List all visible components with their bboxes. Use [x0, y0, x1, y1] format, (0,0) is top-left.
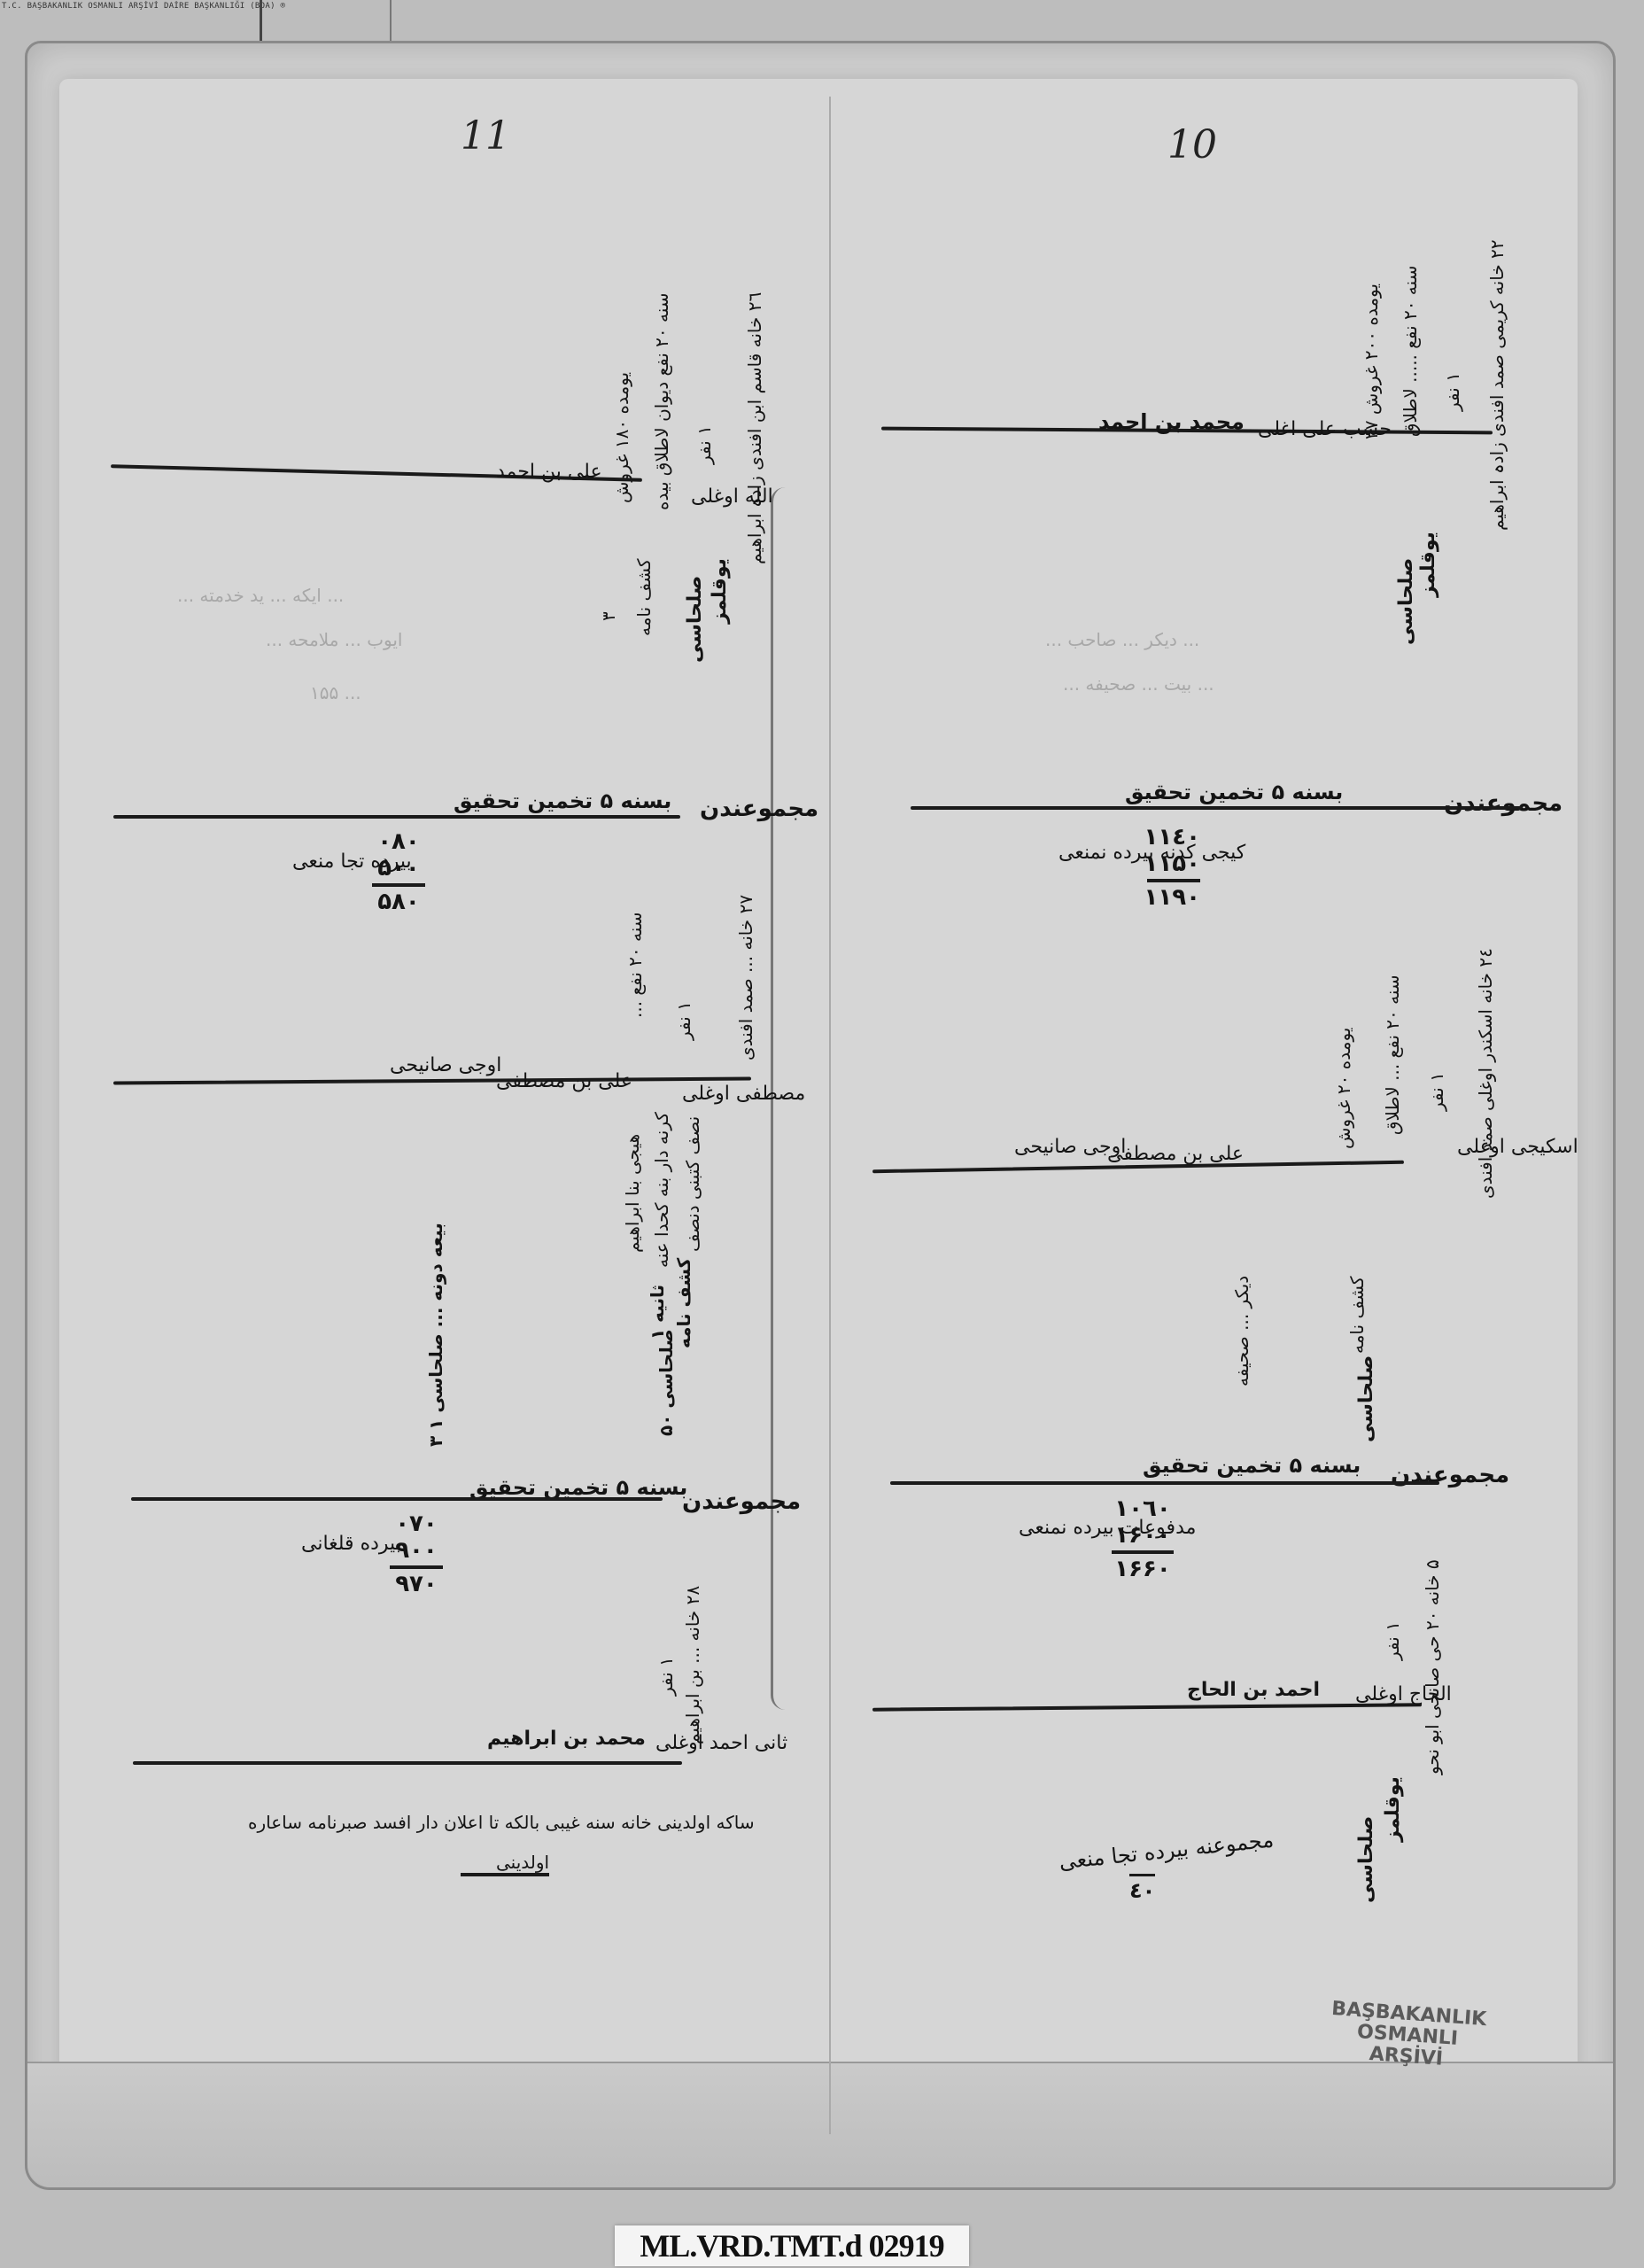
entry-divider — [911, 806, 1522, 810]
bleed-through-text: ... ديكر ... صاحب ... — [1045, 629, 1199, 650]
entry-divider — [890, 1481, 1439, 1485]
entry-footer-right: مصطفى اوغلى — [682, 1083, 805, 1105]
entry-footer-mid: اوجى صانيحى — [390, 1054, 501, 1076]
closing-value: ٤٠ — [1129, 1874, 1155, 1903]
entry-line: سنه ۲۰ نفع ... — [624, 913, 646, 1072]
closing-note-line-2: اولدينى — [461, 1852, 549, 1876]
bleed-through-text: ... بيت ... صحيفه ... — [1063, 673, 1214, 695]
entry-line: كشف نامه — [673, 1258, 694, 1329]
bleed-through-text: ايوب ... ملامحه ... — [266, 629, 403, 650]
closing-note-line-1: ساكه اولدينى خانه سنه غيبى بالكه تا اعلا… — [248, 1812, 755, 1833]
total-heading-detail: بسنه ۵ تخمين تحقيق — [469, 1475, 687, 1500]
entry-divider — [133, 1761, 682, 1765]
total-heading-detail: بسنه ۵ تخمين تحقيق — [1125, 780, 1343, 804]
entry-line: سنه ۲۰ نفع ... لاطلاق — [1382, 975, 1403, 1134]
side-label: يوقلمز — [1382, 1776, 1404, 1856]
entry-line: يومده ۱۸۰ غروش — [611, 372, 632, 478]
sum-block: ۱۰٦۰ ۱۶۰۰ ۱۶۶۰ — [1112, 1495, 1174, 1582]
entry-divider — [113, 815, 680, 819]
entry-footer-left: احمد بن الحاج — [1187, 1679, 1320, 1701]
sum-rule — [372, 883, 425, 887]
sum-bottom: ۱۱۹۰ — [1147, 884, 1200, 911]
sum-bottom: ۹۷۰ — [390, 1571, 443, 1597]
entry-footer-right: الله اوغلى — [691, 485, 773, 508]
folio-number-left: 11 — [461, 113, 510, 159]
entry-footer-left: محمد بن احمد — [1098, 409, 1245, 434]
sheet-bottom-edge — [27, 2062, 1613, 2187]
entry-line: نصف كتبنى دنصف — [682, 1116, 703, 1249]
entry-line: صلحاسى ۵۰ — [655, 1329, 677, 1409]
sum-label: كيجى كدنه بيرده نمنعى — [1059, 842, 1245, 864]
total-heading: مجموعندن — [700, 796, 818, 822]
entry-line: سنه ۲۰ نفع ديوان لاطلاق بيده — [651, 292, 672, 478]
sum-label: بيرده قلغانى — [301, 1533, 401, 1555]
side-label: صلحاسى — [1355, 1816, 1377, 1914]
sum-bottom: ۵۸۰ — [372, 889, 425, 915]
side-label: صلحاسى — [1395, 558, 1417, 647]
total-heading-detail: بسنه ۵ تخمين تحقيق — [454, 788, 671, 813]
entry-footer-right: الحاج اوغلى — [1355, 1683, 1452, 1705]
entry-line: بيعه دونه ... صلحاسى ۱ ۳ — [425, 1223, 446, 1311]
entry-line: ۱ نفر — [673, 1001, 694, 1072]
side-label: كشف نامه — [1346, 1276, 1368, 1364]
entry-line: هيجى بنا ابراهيم — [622, 1134, 643, 1249]
sum-label: مدفوعات بيرده نمنعى — [1019, 1517, 1196, 1539]
entry-line: ۱ نفر — [1382, 1621, 1403, 1674]
entry-footer-right: اسكيجى اوغلى — [1457, 1136, 1578, 1158]
entry-footer-left: على بن احمد — [496, 461, 602, 483]
sum-block: ۱۱٤۰ ۱۱۵۰ ۱۱۹۰ — [1147, 824, 1200, 911]
total-heading-detail: بسنه ۵ تخمين تحقيق — [1143, 1453, 1361, 1478]
sum-label: بيرده تجا منعى — [292, 850, 412, 873]
entry-line: ۱ نفر — [655, 1657, 677, 1701]
side-label: ۳ — [598, 611, 619, 664]
entry-line: سنه ۲۰ نفع ..... لاطلاق — [1400, 266, 1421, 443]
total-heading: مجموعندن — [1444, 790, 1563, 817]
entry-line: ۲٤ خانه اسكندر اوغلى صمد افندى — [1475, 948, 1496, 1134]
entry-footer-left: على بن مصطفى — [1107, 1143, 1244, 1165]
entry-footer-right: ثانى احمد اوغلى — [655, 1732, 787, 1754]
side-label: ديكر ... صحيفه — [1231, 1276, 1252, 1364]
side-label: يوقلمز — [709, 558, 731, 629]
bleed-through-text: ... ايكه ... يد خدمته ... — [177, 585, 344, 606]
entry-line: ۱ نفر — [1426, 1072, 1447, 1134]
entry-line: ۲٦ خانه قاسم ابن افندى زادہ ابراهيم — [744, 292, 765, 478]
entry-line: كرنه دار بنه كحدا عنه — [651, 1112, 672, 1245]
catalog-reference-label: ML.VRD.TMT.d 02919 — [615, 2225, 969, 2266]
bleed-through-text: ... ۱۵۵ — [310, 682, 361, 703]
entry-line: ۲۲ خانه كريمى صمد افندى زادہ ابراهيم — [1486, 239, 1508, 443]
entry-line: ۵ خانه ۲۰ حى صانحى ابو نحو — [1422, 1559, 1443, 1674]
entry-footer-mid: اوجى صانيحى — [1014, 1136, 1126, 1158]
entry-line: يومده ۲۰ غروش — [1333, 1028, 1354, 1134]
entry-footer-left: على بن مصطفى — [496, 1070, 632, 1092]
entry-line: ۲۸ خانه ... بن ابراهيم — [682, 1586, 703, 1692]
folio-number-right: 10 — [1167, 122, 1217, 167]
side-label: يوقلمز — [1417, 532, 1439, 611]
entry-line: ۲۷ خانه ... صمد افندى — [735, 895, 756, 1072]
total-heading: مجموعندن — [682, 1488, 801, 1515]
center-fold — [829, 97, 831, 2134]
side-label: كشف نامه — [633, 558, 655, 629]
side-label: صلحاسى — [684, 576, 706, 656]
sum-rule — [1147, 879, 1200, 882]
entry-footer-right: حسب على اغلى — [1258, 418, 1392, 440]
entry-footer-left: محمد بن ابراهيم — [487, 1728, 646, 1750]
sum-rule — [390, 1565, 443, 1569]
side-label: صلحاسى — [1355, 1355, 1377, 1435]
archive-header: T.C. BAŞBAKANLIK OSMANLI ARŞİVİ DAİRE BA… — [2, 2, 285, 11]
sum-rule — [1112, 1550, 1174, 1554]
sum-bottom: ۱۶۶۰ — [1112, 1556, 1174, 1582]
archive-stamp: BAŞBAKANLIK OSMANLI ARŞİVİ — [1322, 1998, 1494, 2073]
entry-line: ۱ نفر — [694, 425, 715, 478]
entry-divider — [131, 1497, 663, 1501]
